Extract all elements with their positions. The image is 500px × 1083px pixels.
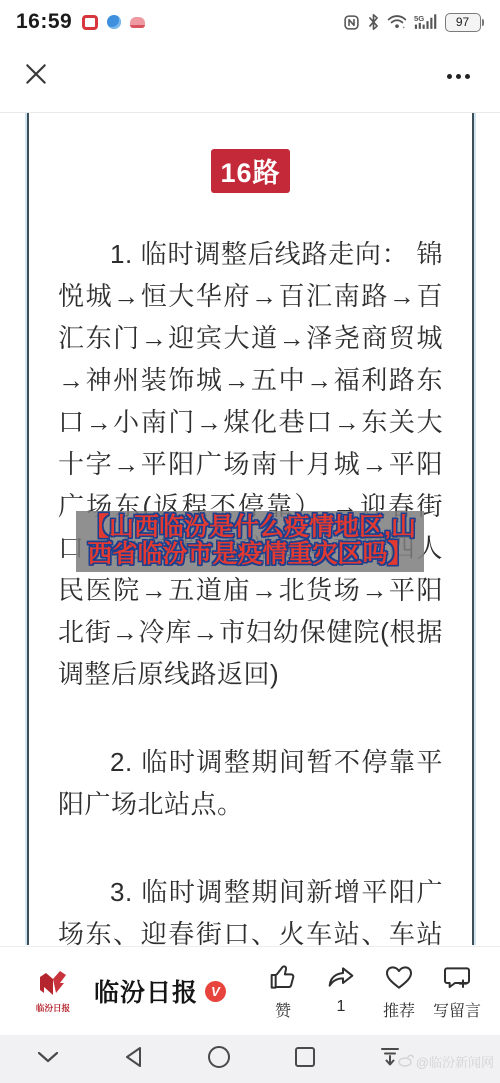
notification-icons [82,15,145,30]
ellipsis-icon [447,74,452,79]
nfc-icon [343,14,360,31]
overlay-headline: 【山西临汾是什么疫情地区,山西省临汾市是疫情重灾区吗】 [76,511,424,572]
action-buttons: 赞 1 推荐 写留言 [254,961,486,1021]
mail-icon [130,17,145,28]
system-navbar: @临汾新闻网 [0,1035,500,1083]
signal-5g-icon: 5G [414,13,438,31]
comment-label: 写留言 [433,998,481,1021]
publisher-bar: 临汾日报 临汾日报 V 赞 1 推荐 [0,946,500,1035]
recommend-button[interactable]: 推荐 [370,961,428,1021]
watermark: @临汾新闻网 [398,1052,494,1071]
more-options-button[interactable] [436,58,480,94]
home-circle-icon [206,1044,232,1075]
back-triangle-icon [123,1045,145,1074]
comment-button[interactable]: 写留言 [428,961,486,1021]
like-label: 赞 [275,998,291,1021]
close-icon [23,61,49,92]
watermark-text: @临汾新闻网 [416,1052,494,1071]
share-button[interactable]: 1 [312,961,370,1016]
back-button[interactable] [120,1045,148,1073]
chevron-down-icon [36,1050,60,1069]
screen-record-icon [82,15,98,30]
heart-icon [383,961,415,993]
wifi-icon [387,14,407,30]
newspaper-logo-icon [36,969,70,1001]
like-button[interactable]: 赞 [254,961,312,1021]
browser-icon [107,15,121,29]
share-count: 1 [337,998,346,1016]
toolbar [0,44,500,112]
clock: 16:59 [16,10,72,34]
home-button[interactable] [205,1045,233,1073]
comment-plus-icon [441,961,473,993]
hide-navbar-button[interactable] [34,1045,62,1073]
battery-percent: 97 [445,13,481,32]
recents-button[interactable] [291,1045,319,1073]
article-body: 1. 临时调整后线路走向： 锦悦城→恒大华府→百汇南路→百汇东门→迎宾大道→泽尧… [29,193,472,997]
svg-text:5G: 5G [414,14,424,23]
status-bar: 16:59 5G 97 [0,0,500,44]
battery-nub [482,19,485,26]
weibo-watermark-icon [398,1053,414,1070]
screen: 16:59 5G 97 [0,0,500,1083]
route-badge: 16路 [211,149,289,193]
close-button[interactable] [18,58,54,94]
paragraph-skipped-stop: 2. 临时调整期间暂不停靠平阳广场北站点。 [58,741,443,825]
recommend-label: 推荐 [383,998,415,1021]
logo-caption: 临汾日报 [36,1001,70,1013]
paragraph-route-detail: 1. 临时调整后线路走向： 锦悦城→恒大华府→百汇南路→百汇东门→迎宾大道→泽尧… [58,233,443,695]
share-arrow-icon [325,961,357,993]
publisher-logo[interactable]: 临汾日报 [26,960,80,1022]
recents-square-icon [293,1045,317,1074]
publisher-name[interactable]: 临汾日报 [94,973,198,1009]
status-right-icons: 5G 97 [343,13,485,32]
verified-badge: V [205,981,226,1002]
thumbs-up-icon [267,961,299,993]
battery-indicator: 97 [445,13,485,32]
bluetooth-icon [367,13,380,31]
